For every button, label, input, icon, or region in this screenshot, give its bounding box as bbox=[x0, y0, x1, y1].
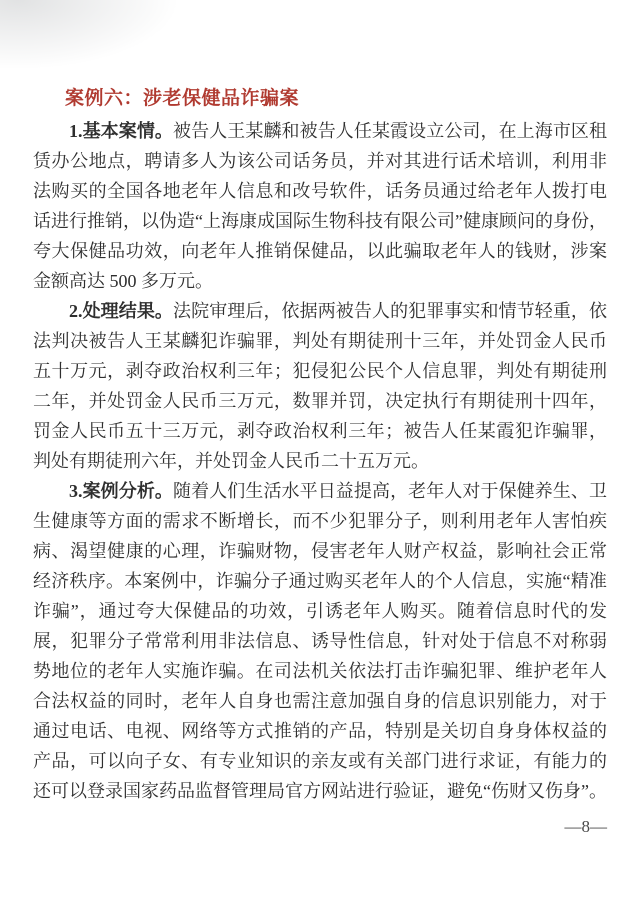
paragraph-body-case-analysis: 随着人们生活水平日益提高，老年人对于保健养生、卫生健康等方面的需求不断增长，而不… bbox=[33, 481, 607, 801]
document-page: 案例六：涉老保健品诈骗案 1.基本案情。被告人王某麟和被告人任某霞设立公司，在上… bbox=[0, 0, 640, 905]
paragraph-body-judgment-result: 法院审理后，依据两被告人的犯罪事实和情节轻重，依法判决被告人王某麟犯诈骗罪，判处… bbox=[33, 301, 607, 471]
paragraph-judgment-result: 2.处理结果。法院审理后，依据两被告人的犯罪事实和情节轻重，依法判决被告人王某麟… bbox=[33, 296, 607, 476]
scan-shadow bbox=[0, 0, 180, 70]
section-heading: 案例六：涉老保健品诈骗案 bbox=[33, 84, 607, 114]
page-number: —8— bbox=[565, 817, 608, 837]
paragraph-case-analysis: 3.案例分析。随着人们生活水平日益提高，老年人对于保健养生、卫生健康等方面的需求… bbox=[33, 476, 607, 806]
paragraph-lead-case-analysis: 3.案例分析。 bbox=[69, 481, 173, 501]
paragraph-basic-facts: 1.基本案情。被告人王某麟和被告人任某霞设立公司，在上海市区租赁办公地点，聘请多… bbox=[33, 116, 607, 296]
paragraph-lead-basic-facts: 1.基本案情。 bbox=[69, 121, 173, 141]
paragraph-lead-judgment-result: 2.处理结果。 bbox=[69, 301, 173, 321]
paragraph-body-basic-facts: 被告人王某麟和被告人任某霞设立公司，在上海市区租赁办公地点，聘请多人为该公司话务… bbox=[33, 121, 607, 291]
